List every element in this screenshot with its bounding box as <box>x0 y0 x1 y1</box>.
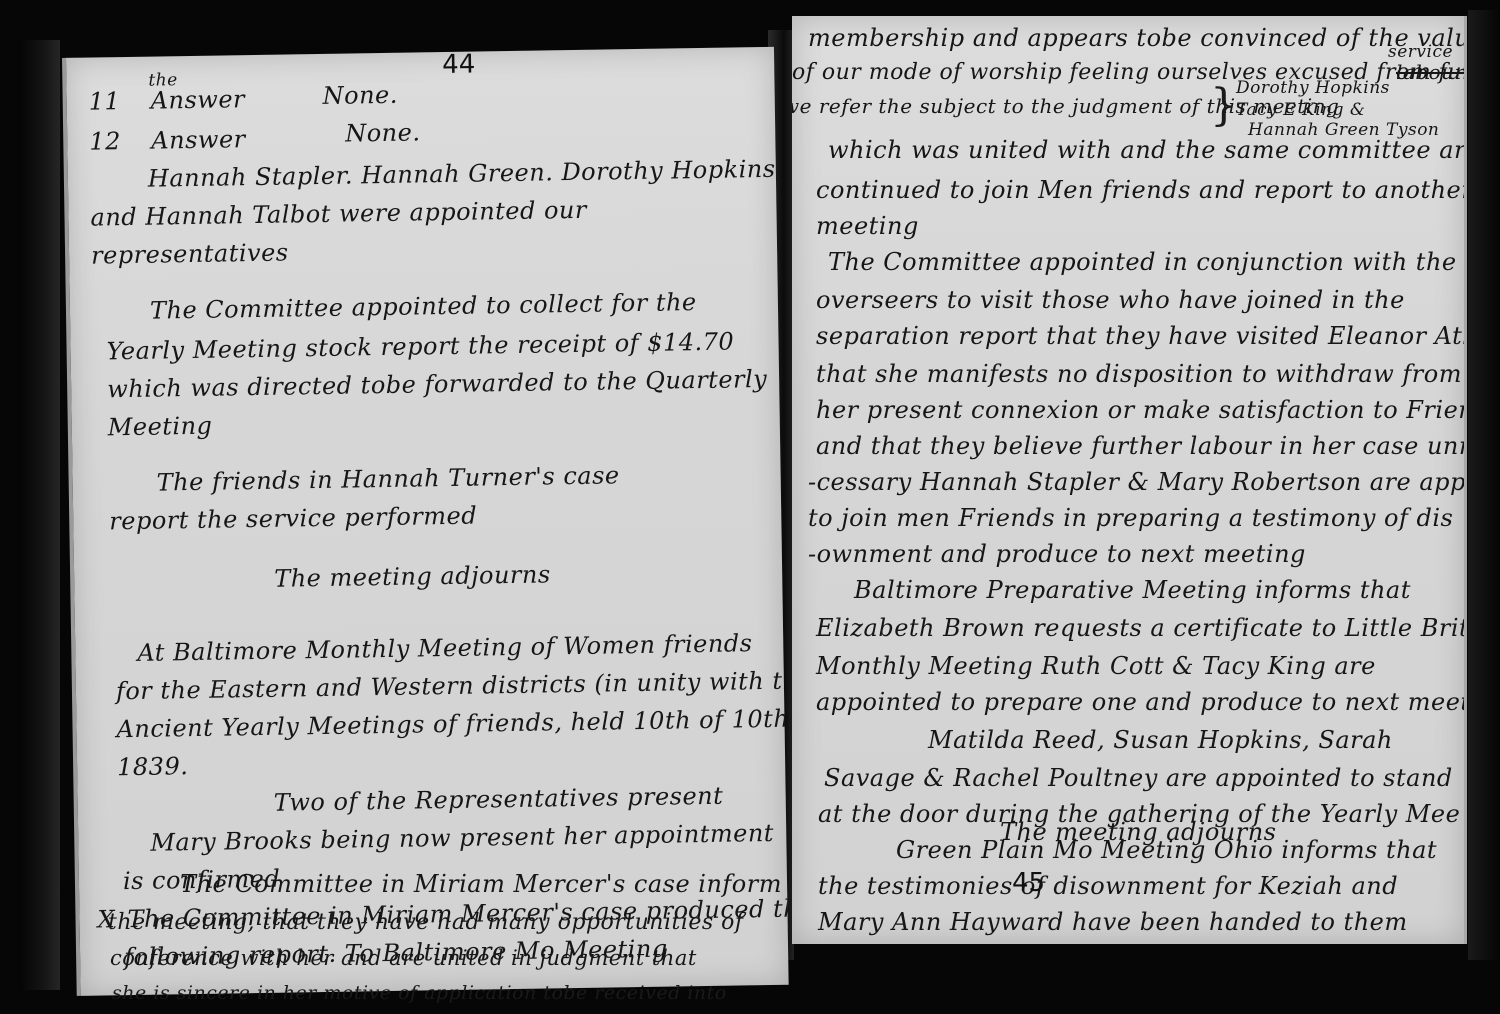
text-line: Baltimore Preparative Meeting informs th… <box>854 576 1411 604</box>
text-line: Mary Brooks being now present her appoin… <box>150 819 774 857</box>
text-line: representatives <box>91 238 289 269</box>
book-edge-right <box>1468 10 1500 960</box>
text-line: which was directed tobe forwarded to the… <box>107 365 767 403</box>
answer-label: Answer <box>151 125 246 154</box>
item-number: 11 <box>88 87 120 115</box>
book-edge-left <box>20 40 60 990</box>
text-line: The friends in Hannah Turner's case <box>156 461 619 496</box>
text-line: and that they believe further labour in … <box>816 432 1467 460</box>
text-line: Elizabeth Brown requests a certificate t… <box>816 614 1467 642</box>
margin-note-line: Tacy E King & <box>1236 100 1366 120</box>
item-number: 12 <box>89 127 121 155</box>
text-line: Monthly Meeting Ruth Cott & Tacy King ar… <box>816 652 1376 680</box>
text-line: The Committee appointed to collect for t… <box>150 288 697 325</box>
text-line: The Committee in Miriam Mercer's case in… <box>180 870 782 898</box>
text-line: Mary Ann Hayward have been handed to the… <box>818 908 1408 936</box>
left-page: 44 the 11 Answer None. 12 Answer None. H… <box>62 47 789 996</box>
margin-note-line: Dorothy Hopkins <box>1236 78 1390 98</box>
text-line: the meeting, that they have had many opp… <box>108 910 744 935</box>
section-heading: The meeting adjourns <box>274 560 551 592</box>
text-line: to join men Friends in preparing a testi… <box>808 504 1453 532</box>
text-line: appointed to prepare one and produce to … <box>816 688 1467 716</box>
text-line: continued to join Men friends and report… <box>816 176 1467 204</box>
text-line: conference with her and are united in ju… <box>110 946 697 970</box>
text-line: which was united with and the same commi… <box>828 136 1467 164</box>
text-line: -cessary Hannah Stapler & Mary Robertson… <box>808 468 1467 496</box>
text-line: Savage & Rachel Poultney are appointed t… <box>824 764 1453 792</box>
text-line: -ownment and produce to next meeting <box>808 540 1306 568</box>
text-line: report the service performed <box>109 502 477 536</box>
page-number: 45 <box>1012 868 1045 898</box>
text-line: Matilda Reed, Susan Hopkins, Sarah <box>928 726 1393 754</box>
right-page: membership and appears tobe convinced of… <box>792 16 1467 944</box>
text-line: that she manifests no disposition to wit… <box>816 360 1462 388</box>
text-line: meeting <box>816 212 919 240</box>
text-line: and Hannah Talbot were appointed our <box>90 196 587 232</box>
text-line: 1839. <box>117 752 189 781</box>
text-line: membership and appears tobe convinced of… <box>808 24 1467 52</box>
text-line: Meeting <box>108 412 213 442</box>
text-line: the testimonies of disownment for Keziah… <box>818 872 1398 900</box>
text-line: for the Eastern and Western districts (i… <box>116 666 789 705</box>
text-line: Two of the Representatives present <box>274 782 724 817</box>
answer-label: Answer <box>150 85 245 114</box>
page-number: 44 <box>442 50 476 81</box>
answer-value: None. <box>322 81 398 110</box>
text-line: her present connexion or make satisfacti… <box>816 396 1467 424</box>
text-line: overseers to visit those who have joined… <box>816 286 1405 314</box>
text-line: Yearly Meeting stock report the receipt … <box>106 327 734 365</box>
inserted-word: service <box>1388 42 1453 62</box>
text-line: Hannah Stapler. Hannah Green. Dorothy Ho… <box>148 155 776 193</box>
answer-value: None. <box>345 118 421 147</box>
struck-word: labour <box>1396 60 1465 84</box>
text-line: separation report that they have visited… <box>816 322 1467 350</box>
section-heading: The meeting adjourns <box>1000 818 1277 846</box>
text-line: Ancient Yearly Meetings of friends, held… <box>116 704 788 743</box>
text-line: The Committee appointed in conjunction w… <box>828 248 1457 276</box>
margin-brace: } <box>1210 80 1238 131</box>
text-line: she is sincere in her motive of applicat… <box>112 982 727 1004</box>
text-line: At Baltimore Monthly Meeting of Women fr… <box>137 629 753 667</box>
